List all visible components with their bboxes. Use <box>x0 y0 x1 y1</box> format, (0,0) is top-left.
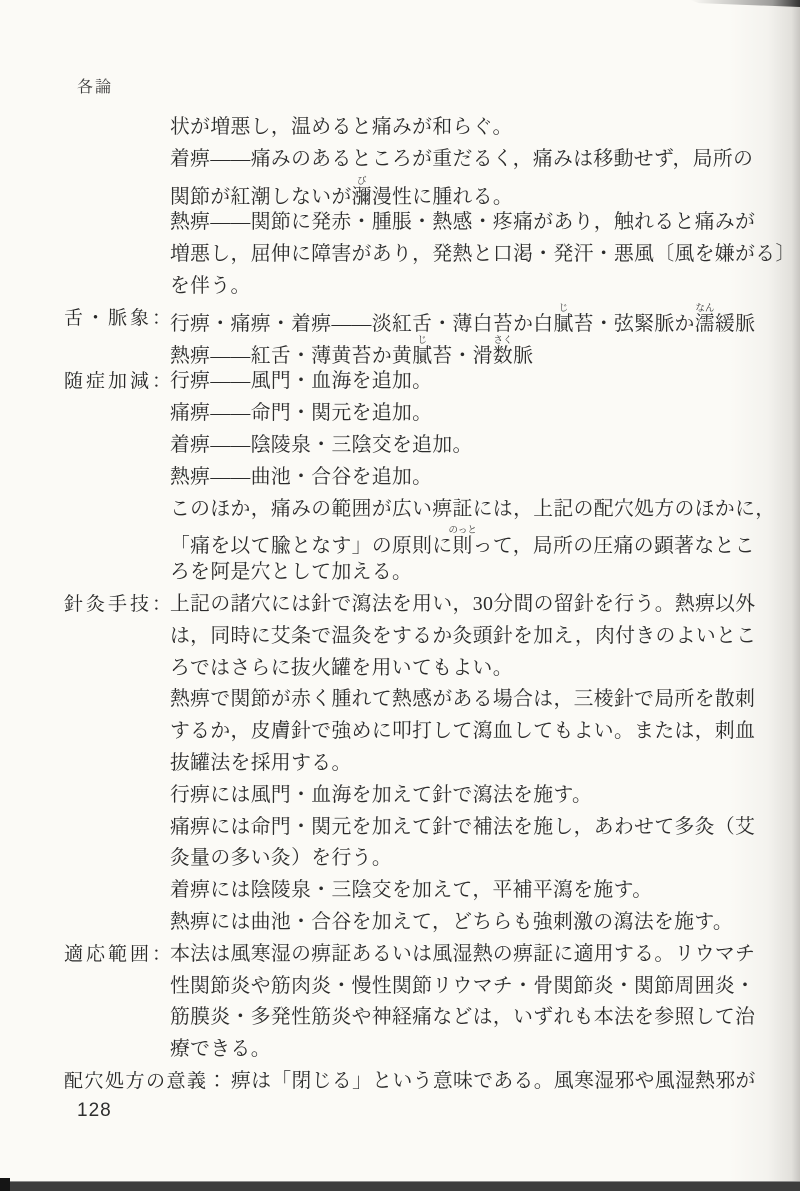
scanned-book-page: 各論 状が増悪し，温めると痛みが和らぐ。着痹——痛みのあるところが重だるく，痛み… <box>0 0 800 1191</box>
section-label: 配穴処方の意義： <box>64 1071 228 1092</box>
text-run: 熱痹には曲池・合谷を加えて，どちらも強刺激の瀉法を施す。 <box>170 911 733 933</box>
text-line: 着痹——陰陵泉・三陰交を追加。 <box>64 430 764 462</box>
text-line: 灸量の多い灸）を行う。 <box>64 843 764 875</box>
text-line: 着痹には陰陵泉・三陰交を加えて，平補平瀉を施す。 <box>64 875 764 907</box>
text-line: 適応範囲：本法は風寒湿の痹証あるいは風湿熱の痹証に適用する。リウマチ <box>64 939 764 971</box>
text-run: 行痹・痛痹・着痹——淡紅舌・薄白苔か白膩じ苔・弦緊脈か濡なん緩脈 <box>170 313 755 335</box>
text-line: ろを阿是穴として加える。 <box>64 557 764 589</box>
text-line: 筋膜炎・多発性筋炎や神経痛などは，いずれも本法を参照して治 <box>64 1002 764 1034</box>
text-line: ろではさらに抜火罐を用いてもよい。 <box>64 653 764 685</box>
text-line: 熱痹——関節に発赤・腫脹・熱感・疼痛があり，触れると痛みが <box>64 207 764 239</box>
text-run: 着痹——陰陵泉・三陰交を追加。 <box>170 434 473 456</box>
ruby-annotated-kanji: 瀰び <box>352 186 372 208</box>
top-right-corner-shadow <box>690 0 800 7</box>
text-line: 熱痹で関節が赤く腫れて熱感がある場合は，三棱針で局所を散刺 <box>64 684 764 716</box>
text-run: 着痹——痛みのあるところが重だるく，痛みは移動せず，局所の <box>170 148 753 170</box>
text-line: 着痹——痛みのあるところが重だるく，痛みは移動せず，局所の <box>64 144 764 176</box>
ruby-annotated-kanji: 数さく <box>493 345 513 367</box>
text-run: ろではさらに抜火罐を用いてもよい。 <box>170 657 513 679</box>
ruby-annotated-kanji: 膩じ <box>412 345 432 367</box>
section-label: 随症加減： <box>64 366 171 398</box>
text-run: 痛痹には命門・関元を加えて針で補法を施し，あわせて多灸（艾 <box>170 816 755 838</box>
text-run: 性関節炎や筋肉炎・慢性関節リウマチ・骨関節炎・関節周囲炎・ <box>170 975 755 997</box>
text-line: 熱痹——曲池・合谷を追加。 <box>64 462 764 494</box>
text-line: 性関節炎や筋肉炎・慢性関節リウマチ・骨関節炎・関節周囲炎・ <box>64 971 764 1003</box>
text-run: 関節が紅潮しないが瀰び漫性に腫れる。 <box>170 186 513 208</box>
section-label: 適応範囲： <box>64 939 171 971</box>
text-run: 痛痹——命門・関元を追加。 <box>170 402 432 424</box>
text-run: 熱痹——紅舌・薄黄苔か黄膩じ苔・滑数さく脈 <box>170 345 533 367</box>
text-run: 灸量の多い灸）を行う。 <box>170 847 392 869</box>
running-header: 各論 <box>77 74 113 97</box>
text-run: 状が増悪し，温めると痛みが和らぐ。 <box>170 116 513 138</box>
text-line: 痛痹には命門・関元を加えて針で補法を施し，あわせて多灸（艾 <box>64 812 764 844</box>
text-run: を伴う。 <box>170 275 251 297</box>
text-line: を伴う。 <box>64 271 764 303</box>
text-run: するか，皮膚針で強めに叩打して瀉血してもよい。または，刺血 <box>170 720 755 742</box>
page-number: 128 <box>77 1100 112 1122</box>
text-run: は，同時に艾条で温灸をするか灸頭針を加え，肉付きのよいとこ <box>170 625 756 647</box>
text-line: 行痹には風門・血海を加えて針で瀉法を施す。 <box>64 780 764 812</box>
text-run: 熱痹——関節に発赤・腫脹・熱感・疼痛があり，触れると痛みが <box>170 211 755 233</box>
text-line: 針灸手技：上記の諸穴には針で瀉法を用い，30分間の留針を行う。熱痹以外 <box>64 589 764 621</box>
text-run: 上記の諸穴には針で瀉法を用い，30分間の留針を行う。熱痹以外 <box>170 593 756 615</box>
text-run: 行痹——風門・血海を追加。 <box>170 370 432 392</box>
text-line: 関節が紅潮しないが瀰び漫性に腫れる。 <box>64 176 764 208</box>
text-run: 熱痹——曲池・合谷を追加。 <box>170 466 432 488</box>
text-run: このほか，痛みの範囲が広い痹証には，上記の配穴処方のほかに， <box>170 498 775 520</box>
text-line: 増悪し，屈伸に障害があり，発熱と口渇・発汗・悪風〔風を嫌がる〕 <box>64 239 764 271</box>
text-line: 状が増悪し，温めると痛みが和らぐ。 <box>64 112 764 144</box>
text-line: このほか，痛みの範囲が広い痹証には，上記の配穴処方のほかに， <box>64 494 764 526</box>
text-run: ろを阿是穴として加える。 <box>170 561 412 583</box>
text-line: 抜罐法を採用する。 <box>64 748 764 780</box>
text-line: するか，皮膚針で強めに叩打して瀉血してもよい。または，刺血 <box>64 716 764 748</box>
text-run: 行痹には風門・血海を加えて針で瀉法を施す。 <box>170 784 592 806</box>
text-line: 熱痹——紅舌・薄黄苔か黄膩じ苔・滑数さく脈 <box>64 335 764 367</box>
ruby-annotated-kanji: 膩じ <box>553 313 573 335</box>
document-body: 状が増悪し，温めると痛みが和らぐ。着痹——痛みのあるところが重だるく，痛みは移動… <box>64 112 764 1098</box>
text-run: 療できる。 <box>170 1038 271 1060</box>
section-label: 針灸手技： <box>64 589 171 621</box>
text-run: 筋膜炎・多発性筋炎や神経痛などは，いずれも本法を参照して治 <box>170 1006 755 1028</box>
text-run: 着痹には陰陵泉・三陰交を加えて，平補平瀉を施す。 <box>170 879 652 901</box>
ruby-annotated-kanji: 濡なん <box>695 313 715 335</box>
text-line: は，同時に艾条で温灸をするか灸頭針を加え，肉付きのよいとこ <box>64 621 764 653</box>
text-line: 熱痹には曲池・合谷を加えて，どちらも強刺激の瀉法を施す。 <box>64 907 764 939</box>
text-run: 増悪し，屈伸に障害があり，発熱と口渇・発汗・悪風〔風を嫌がる〕 <box>170 243 796 265</box>
text-run: 熱痹で関節が赤く腫れて熱感がある場合は，三棱針で局所を散刺 <box>170 688 755 710</box>
bottom-left-corner-mark <box>0 1178 10 1191</box>
ruby-annotated-kanji: 則のっと <box>453 535 473 557</box>
text-run: 「痛を以て腧となす」の原則に則のっとって，局所の圧痛の顕著なとこ <box>170 535 755 557</box>
text-line: 療できる。 <box>64 1034 764 1066</box>
text-line: 「痛を以て腧となす」の原則に則のっとって，局所の圧痛の顕著なとこ <box>64 525 764 557</box>
text-run: 本法は風寒湿の痹証あるいは風湿熱の痹証に適用する。リウマチ <box>170 943 755 965</box>
text-run: 痹は「閉じる」という意味である。風寒湿邪や風湿熱邪が <box>231 1070 756 1092</box>
text-line: 痛痹——命門・関元を追加。 <box>64 398 764 430</box>
section-label: 舌・脈象： <box>64 303 171 335</box>
bottom-scan-band <box>0 1181 800 1191</box>
text-line: 配穴処方の意義：痹は「閉じる」という意味である。風寒湿邪や風湿熱邪が <box>64 1066 764 1098</box>
text-line: 舌・脈象：行痹・痛痹・着痹——淡紅舌・薄白苔か白膩じ苔・弦緊脈か濡なん緩脈 <box>64 303 764 335</box>
text-line: 随症加減：行痹——風門・血海を追加。 <box>64 366 764 398</box>
text-run: 抜罐法を採用する。 <box>170 752 352 774</box>
